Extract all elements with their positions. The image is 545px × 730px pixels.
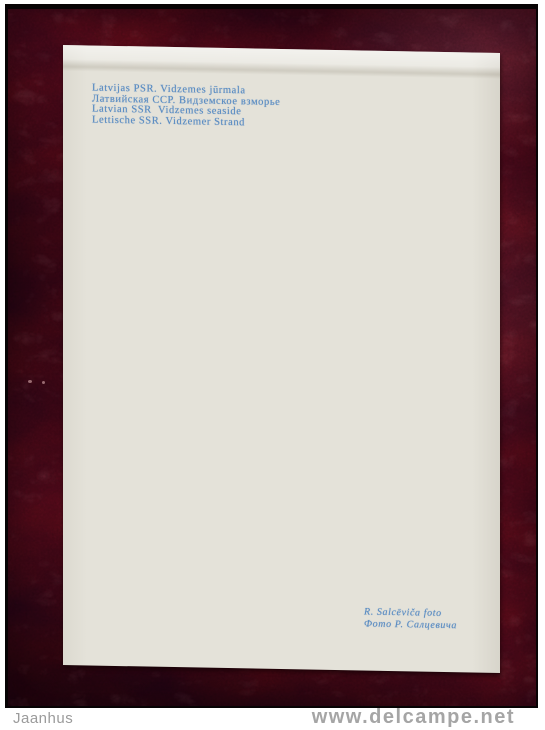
postcard-photograph: Latvijas PSR. Vidzemes jūrmala Латвийска…	[5, 4, 538, 708]
seller-watermark: Jaanhus	[13, 710, 73, 727]
leather-backdrop: Latvijas PSR. Vidzemes jūrmala Латвийска…	[8, 9, 536, 706]
leather-speck	[28, 380, 32, 383]
delcampe-watermark: www.delcampe.net	[312, 706, 515, 729]
caption-line-german: Lettische SSR. Vidzemer Strand	[92, 116, 280, 130]
photo-credit-block: R. Salcēviča foto Фото Р. Салцевича	[364, 607, 457, 633]
postcard-back: Latvijas PSR. Vidzemes jūrmala Латвийска…	[63, 45, 500, 673]
listing-photo-page: Latvijas PSR. Vidzemes jūrmala Латвийска…	[0, 0, 545, 730]
leather-speck	[42, 381, 45, 384]
postcard-caption-block: Latvijas PSR. Vidzemes jūrmala Латвийска…	[92, 84, 280, 130]
credit-line-russian: Фото Р. Салцевича	[364, 619, 457, 633]
